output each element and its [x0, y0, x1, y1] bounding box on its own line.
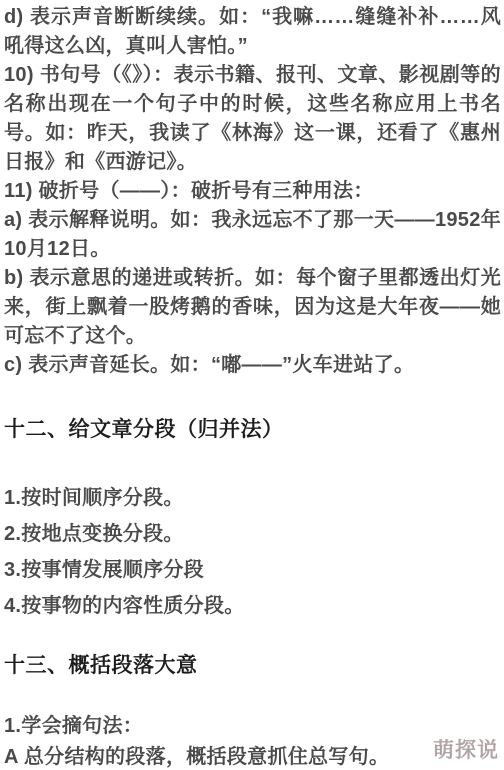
list-item-1: 1.按时间顺序分段。: [0, 480, 504, 516]
punctuation-item-11: 11) 破折号（——）：破折号有三种用法：: [4, 177, 501, 206]
punctuation-item-b: b) 表示意思的递进或转折。如：每个窗子里都透出灯光来，街上飘着一股烤鹅的香味，…: [4, 264, 501, 351]
list-item-4: 4.按事物的内容性质分段。: [0, 588, 504, 624]
section-13-heading: 十三、概括段落大意: [0, 651, 504, 681]
sub-item-1: 1.学会摘句法：: [0, 711, 504, 742]
punctuation-item-c: c) 表示声音延长。如：“嘟——”火车进站了。: [4, 351, 501, 380]
punctuation-item-d: d) 表示声音断断续续。如：“我嘛……缝缝补补……风吼得这么凶，真叫人害怕。”: [4, 3, 501, 61]
sub-item-A: A 总分结构的段落，概括段意抓住总写句。: [0, 742, 504, 770]
list-item-3: 3.按事情发展顺序分段: [0, 552, 504, 588]
section-12-heading: 十二、给文章分段（归并法）: [0, 415, 504, 445]
punctuation-section: d) 表示声音断断续续。如：“我嘛……缝缝补补……风吼得这么凶，真叫人害怕。” …: [0, 0, 504, 380]
list-item-2: 2.按地点变换分段。: [0, 516, 504, 552]
watermark: 萌探说: [433, 734, 499, 764]
document-page: d) 表示声音断断续续。如：“我嘛……缝缝补补……风吼得这么凶，真叫人害怕。” …: [0, 0, 504, 770]
punctuation-item-10: 10) 书句号（《》）：表示书籍、报刊、文章、影视剧等的名称出现在一个句子中的时…: [4, 61, 501, 177]
punctuation-item-a: a) 表示解释说明。如：我永远忘不了那一天——1952年10月12日。: [4, 206, 501, 264]
section-13-list: 1.学会摘句法： A 总分结构的段落，概括段意抓住总写句。: [0, 711, 504, 770]
section-12-list: 1.按时间顺序分段。 2.按地点变换分段。 3.按事情发展顺序分段 4.按事物的…: [0, 480, 504, 624]
